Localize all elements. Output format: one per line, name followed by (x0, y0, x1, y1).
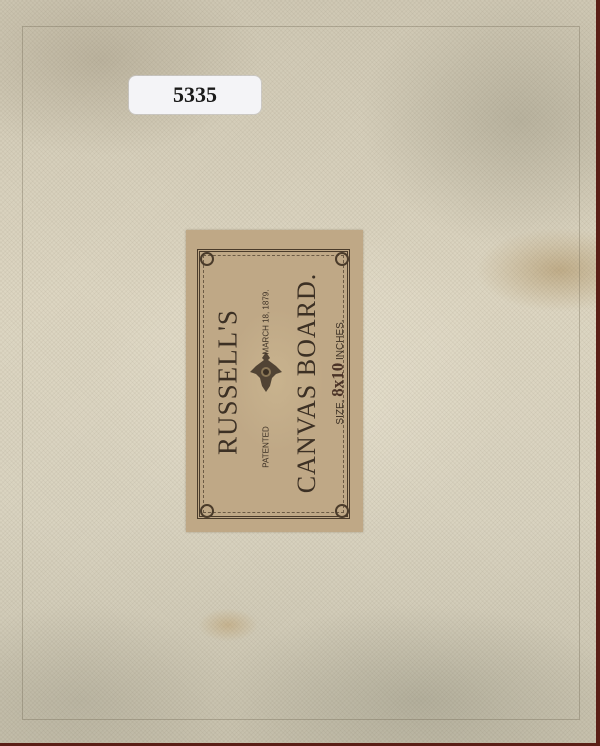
corner-ornament-icon (335, 252, 349, 266)
label-size-line: SIZE, 8x10 INCHES. (328, 319, 348, 424)
inventory-number: 5335 (173, 82, 217, 108)
size-value: 8x10 (328, 363, 347, 397)
corner-ornament-icon (335, 504, 349, 518)
inventory-sticker: 5335 (129, 76, 261, 114)
corner-ornament-icon (200, 252, 214, 266)
manufacturer-label: RUSSELL'S PATENTED MARCH 18, 1879. CANVA… (186, 230, 363, 532)
eagle-emblem-icon (246, 348, 286, 394)
label-patented: PATENTED (262, 426, 271, 467)
size-prefix: SIZE, (335, 400, 346, 425)
canvas-board-back: 5335 RUSSELL'S PATENTED MARCH 18, 1879. … (0, 0, 596, 743)
size-unit: INCHES. (335, 319, 346, 360)
label-patent-date: MARCH 18, 1879. (262, 290, 271, 355)
label-product: CANVAS BOARD. (292, 273, 322, 494)
corner-ornament-icon (200, 504, 214, 518)
label-brand: RUSSELL'S (213, 309, 244, 455)
